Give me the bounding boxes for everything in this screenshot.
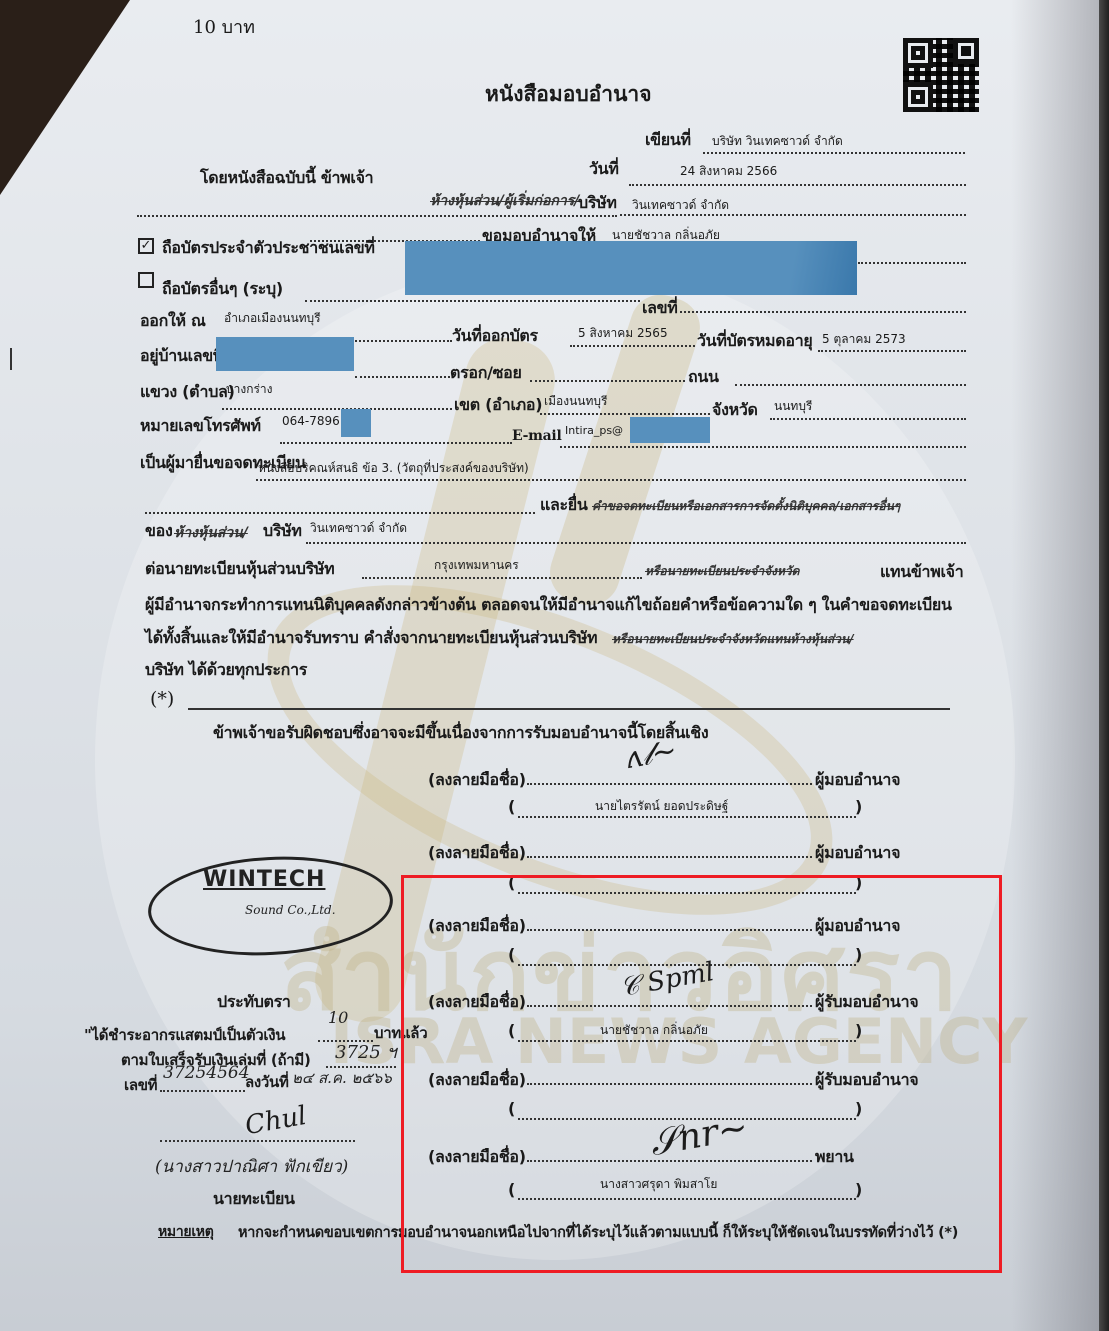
dotted-line: [629, 184, 966, 186]
subdistrict-label: แขวง (ตำบล): [140, 380, 235, 405]
alley-label: ตรอก/ซอย: [450, 361, 522, 386]
signatory-name: นายไตรรัตน์ ยอดประดิษฐ์: [595, 797, 728, 816]
asterisk-marker: (*): [150, 688, 174, 710]
receipt-date-value: ๒๔ ส.ค. ๒๕๖๖: [292, 1066, 392, 1090]
subdistrict-value: บางกร่าง: [226, 380, 273, 399]
stamp-duty-amount: 10: [328, 1008, 348, 1027]
other-card-label: ถือบัตรอื่นๆ (ระบุ): [162, 277, 283, 302]
phone-value: 064-7896: [282, 414, 340, 428]
expiry-date-label: วันที่บัตรหมดอายุ: [697, 329, 812, 354]
other-card-checkbox[interactable]: [138, 272, 154, 288]
district-label: เขต (อำเภอ): [454, 393, 542, 418]
authority-body-line-3: บริษัท ได้ด้วยทุกประการ: [145, 658, 307, 683]
stamp-caption: ประทับตรา: [217, 990, 291, 1015]
of-company-entity-type: บริษัท: [263, 519, 302, 544]
of-company-value: วินเทคซาวด์ จำกัด: [310, 519, 407, 538]
receipt-date-label: ลงวันที่: [245, 1070, 289, 1094]
document-title: หนังสือมอบอำนาจ: [485, 78, 652, 111]
to-registrar-label: ต่อนายทะเบียนหุ้นส่วนบริษัท: [145, 557, 334, 582]
receipt-number-value: 37254564: [163, 1063, 250, 1083]
dotted-line: [306, 542, 966, 544]
date-value: 24 สิงหาคม 2566: [680, 162, 777, 181]
applicant-value: หนังสือบริคณห์สนธิ ข้อ 3. (วัตถุที่ประสง…: [258, 459, 529, 478]
registrar-title: นายทะเบียน: [213, 1187, 295, 1212]
dotted-line: [518, 816, 856, 818]
stamp-duty-value: 10 บาท: [193, 12, 255, 41]
authority-body-line-1: ผู้มีอำนาจกระทำการแทนนิติบุคคลดังกล่าวข้…: [145, 593, 952, 618]
dotted-line: [527, 783, 812, 785]
highlight-box: [401, 875, 1002, 1273]
dotted-line: [145, 512, 535, 514]
edge-mark: [10, 348, 12, 370]
authority-body-line-2: ได้ทั้งสิ้นและให้มีอำนาจรับทราบ คำสั่งจา…: [145, 626, 597, 651]
of-company-prefix: ของ: [145, 519, 172, 544]
paren-open: (: [508, 797, 515, 816]
road-label: ถนน: [688, 365, 719, 390]
dotted-line: [305, 300, 640, 302]
struck-provincial-registrar: หรือนายทะเบียนประจำจังหวัด: [645, 562, 799, 581]
redacted-phone-digits: [341, 409, 371, 437]
expiry-date-value: 5 ตุลาคม 2573: [822, 330, 906, 349]
dotted-line: [680, 311, 966, 313]
intro-label: โดยหนังสือฉบับนี้ ข้าพเจ้า: [200, 166, 373, 191]
registrar-location-value: กรุงเทพมหานคร: [434, 556, 519, 575]
province-value: นนทบุรี: [774, 397, 812, 416]
and-submit-label: และยื่น: [540, 493, 588, 518]
dotted-line: [703, 152, 965, 154]
dotted-line: [160, 1090, 245, 1092]
email-label: E-mail: [512, 428, 561, 444]
signature-label: (ลงลายมือชื่อ): [428, 768, 526, 793]
receipt-book-value: 3725 ฯ: [335, 1037, 397, 1066]
id-card-checkbox[interactable]: ✓: [138, 238, 154, 254]
dotted-line: [222, 408, 452, 410]
email-value: Intira_ps@: [565, 424, 623, 437]
qr-code-finder: [953, 38, 979, 64]
dotted-line: [362, 577, 642, 579]
dotted-line: [570, 345, 695, 347]
written-at-value: บริษัท วินเทคซาวด์ จำกัด: [712, 132, 843, 151]
dotted-line: [527, 856, 812, 858]
paren-close: ): [855, 797, 862, 816]
intro-entity-type: บริษัท: [578, 191, 617, 216]
redacted-house-number: [216, 337, 354, 371]
struck-entity-options: ห้างหุ้นส่วน/ผู้เริ่มก่อการ/: [430, 190, 579, 212]
company-stamp-subtitle: Sound Co.,Ltd.: [245, 903, 336, 917]
receipt-number-label: เลขที่: [124, 1073, 157, 1097]
dotted-line: [137, 215, 617, 217]
signature-role: ผู้มอบอำนาจ: [815, 841, 900, 866]
redacted-id-number: [405, 241, 857, 295]
id-card-label: ถือบัตรประจำตัวประชาชนเลขที่: [162, 236, 375, 261]
struck-partnership: ห้างหุ้นส่วน/: [174, 522, 248, 544]
redacted-email-domain: [630, 417, 710, 443]
dotted-line: [770, 418, 966, 420]
issue-date-value: 5 สิงหาคม 2565: [578, 324, 668, 343]
district-value: เมืองนนทบุรี: [544, 392, 607, 411]
dotted-line: [256, 479, 966, 481]
stamp-duty-paid-label: "ได้ชำระอากรแสตมป์เป็นตัวเงิน: [84, 1023, 285, 1047]
struck-submit-text: คำขอจดทะเบียนหรือเอกสารการจัดตั้งนิติบุค…: [592, 497, 900, 516]
struck-body-text: หรือนายทะเบียนประจำจังหวัดแทนห้างหุ้นส่ว…: [612, 630, 854, 649]
other-card-number-label: เลขที่: [642, 296, 678, 321]
written-at-label: เขียนที่: [645, 128, 691, 153]
date-label: วันที่: [589, 157, 619, 182]
phone-label: หมายเลขโทรศัพท์: [140, 414, 261, 439]
dotted-line: [858, 262, 966, 264]
dotted-line: [280, 442, 512, 444]
blank-line: [188, 708, 950, 710]
company-stamp-name: WINTECH: [203, 867, 325, 892]
house-number-label: อยู่บ้านเลขที่: [140, 344, 223, 369]
registrar-name: (นางสาวปาณิศา ฟักเขียว): [155, 1153, 348, 1180]
dotted-line: [735, 384, 966, 386]
note-label: หมายเหตุ: [158, 1221, 214, 1243]
issued-at-value: อำเภอเมืองนนทบุรี: [224, 309, 321, 328]
issue-date-label: วันที่ออกบัตร: [452, 324, 538, 349]
intro-company-value: วินเทคซาวด์ จำกัด: [632, 196, 729, 215]
signature-label: (ลงลายมือชื่อ): [428, 841, 526, 866]
dotted-line: [818, 350, 966, 352]
signature-role: ผู้มอบอำนาจ: [815, 768, 900, 793]
dotted-line: [160, 1140, 355, 1142]
issued-at-label: ออกให้ ณ: [140, 309, 206, 334]
registrar-tail: แทนข้าพเจ้า: [880, 560, 963, 585]
dotted-line: [560, 446, 966, 448]
province-label: จังหวัด: [712, 398, 758, 423]
dotted-line: [530, 380, 685, 382]
dotted-line: [355, 376, 450, 378]
dotted-line: [540, 413, 710, 415]
